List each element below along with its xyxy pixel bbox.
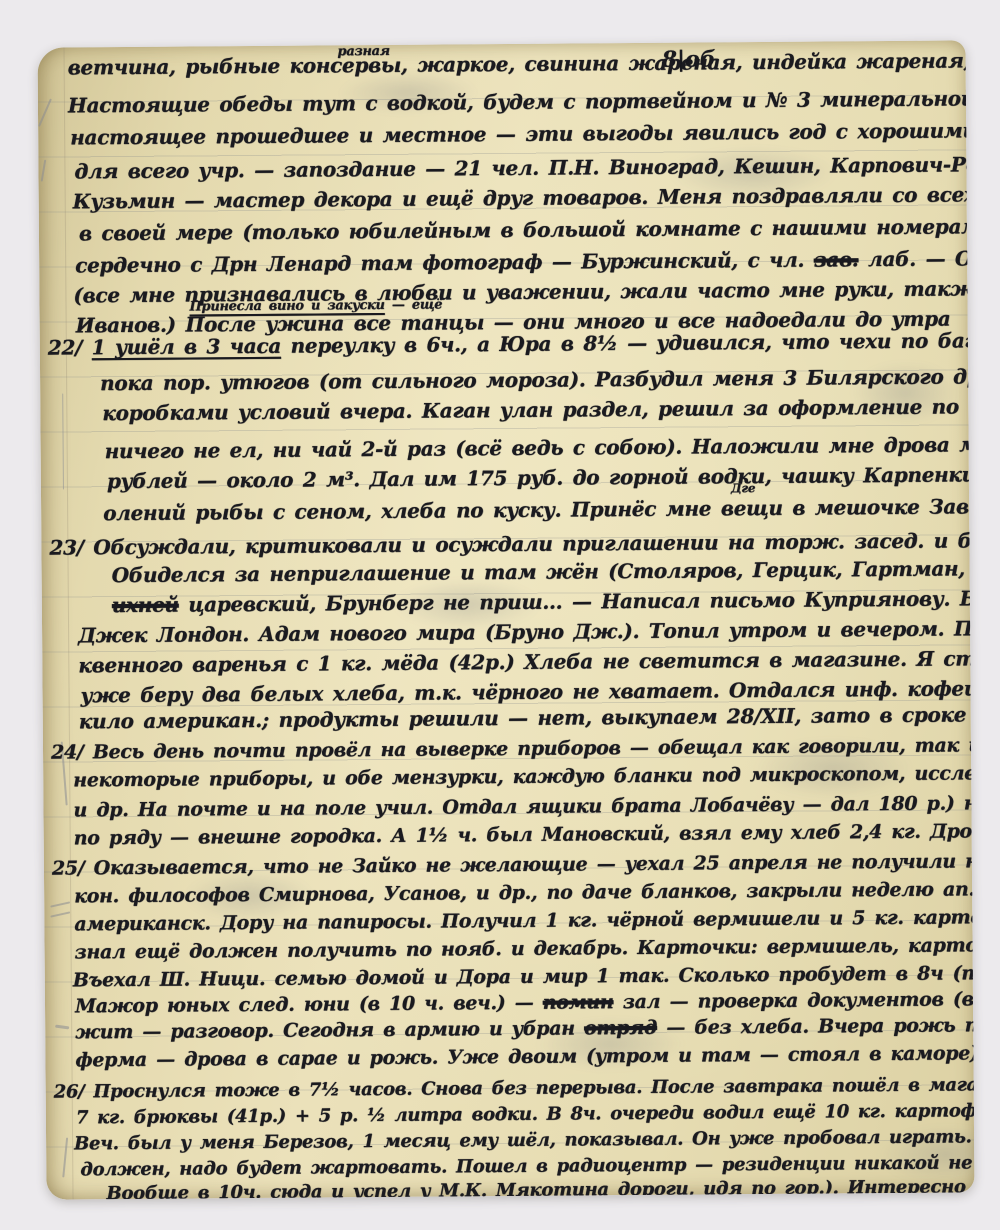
handwritten-line: Джек Лондон. Адам нового мира (Бруно Дж.… bbox=[78, 617, 974, 646]
handwritten-line: Принесла вино и закуски — ещё bbox=[189, 298, 442, 313]
handwritten-line: Вообще в 10ч. сюда и успел у М.К. Мякоти… bbox=[106, 1176, 974, 1200]
diary-entry-line: 25/ Оказывается, что не Зайко не желающи… bbox=[52, 850, 975, 879]
handwritten-line: ферма — дрова в сарае и рожь. Уже двоим … bbox=[75, 1044, 974, 1070]
handwritten-line: пока пор. утюгов (от сильного мороза). Р… bbox=[100, 366, 974, 393]
handwriting-lines: ветчина, рыбные консервы, жаркое, свинин… bbox=[37, 40, 974, 1199]
handwritten-line: Въехал Ш. Ници. семью домой и Дора и мир… bbox=[73, 963, 975, 991]
handwritten-line: 7 кг. брюквы (41р.) + 5 р. ½ литра водки… bbox=[76, 1098, 975, 1127]
handwritten-line: Мажор юных след. юни (в 10 ч. веч.) — по… bbox=[75, 988, 975, 1017]
handwritten-line: в своей мере (только юбилейным в большой… bbox=[79, 215, 975, 243]
handwritten-line: и др. На почте и на поле учил. Отдал ящи… bbox=[73, 791, 974, 820]
handwritten-line: кон. философов Смирнова, Усанов, и др., … bbox=[74, 878, 974, 907]
handwritten-line: ничего не ел, ни чай 2-й раз (всё ведь с… bbox=[105, 434, 975, 461]
handwritten-line: Веч. был у меня Березов, 1 месяц ему шёл… bbox=[74, 1125, 974, 1154]
handwritten-line: рублей — около 2 м³. Дал им 175 руб. до … bbox=[107, 464, 975, 491]
scan-background: { "page": { "page_number": "8|об", "pape… bbox=[0, 0, 1000, 1230]
handwritten-line: американск. Дору на папиросы. Получил 1 … bbox=[74, 905, 974, 934]
handwritten-line: кило американ.; продукты решили — нет, в… bbox=[79, 703, 975, 731]
handwritten-line: Обиделся за неприглашение и там жён (Сто… bbox=[112, 558, 965, 585]
handwritten-line: некоторые приборы, и обе мензурки, кажду… bbox=[73, 762, 974, 791]
diary-entry-line: 24/ Весь день почти провёл на выверке пр… bbox=[51, 735, 975, 763]
handwritten-line: уже беру два белых хлеба, т.к. чёрного н… bbox=[81, 678, 975, 705]
handwritten-line: по ряду — внешне городка. А 1½ ч. был Ма… bbox=[74, 819, 975, 848]
handwritten-line: должен, надо будет жартовать. Пошел в ра… bbox=[80, 1151, 974, 1179]
handwritten-line: знал ещё должен получить по нояб. и дека… bbox=[75, 933, 975, 963]
diary-entry-line: 23/ Обсуждали, критиковали и осуждали пр… bbox=[49, 530, 974, 558]
handwritten-line: Дге bbox=[731, 482, 755, 494]
diary-entry-line: 26/ Проснулся тоже в 7½ часов. Снова без… bbox=[54, 1074, 975, 1102]
manuscript-paper: 8|об ветчина, рыбные консервы, жаркое, с… bbox=[37, 40, 974, 1199]
handwritten-line: ветчина, рыбные консервы, жаркое, свинин… bbox=[68, 48, 975, 77]
handwritten-line: квенного варенья с 1 кг. мёда (42р.) Хле… bbox=[78, 647, 974, 676]
handwritten-line: жит — разговор. Сегодня в армию и убран … bbox=[75, 1014, 974, 1042]
handwritten-line: олений рыбы с сеном, хлеба по куску. При… bbox=[103, 496, 974, 523]
diary-entry-line: 22/ 1 ушёл в 3 часа переулку в 6ч., а Юр… bbox=[48, 330, 975, 358]
handwritten-line: сердечно с Дрн Ленард там фотограф — Бур… bbox=[75, 247, 974, 275]
handwritten-line: коробками условий вчера. Каган улан разд… bbox=[102, 396, 974, 423]
handwritten-line: Кузьмин — мастер декора и ещё друг товар… bbox=[73, 183, 975, 211]
handwritten-line: разная bbox=[337, 45, 389, 58]
handwritten-line: для всего учр. — запоздание — 21 чел. П.… bbox=[74, 154, 974, 181]
handwritten-line: Настоящие обеды тут с водкой, будем с по… bbox=[68, 85, 975, 115]
handwritten-line: настоящее прошедшее и местное — эти выго… bbox=[70, 117, 974, 147]
handwritten-line: ихней царевский, Брунберг не приш... — Н… bbox=[112, 587, 975, 615]
